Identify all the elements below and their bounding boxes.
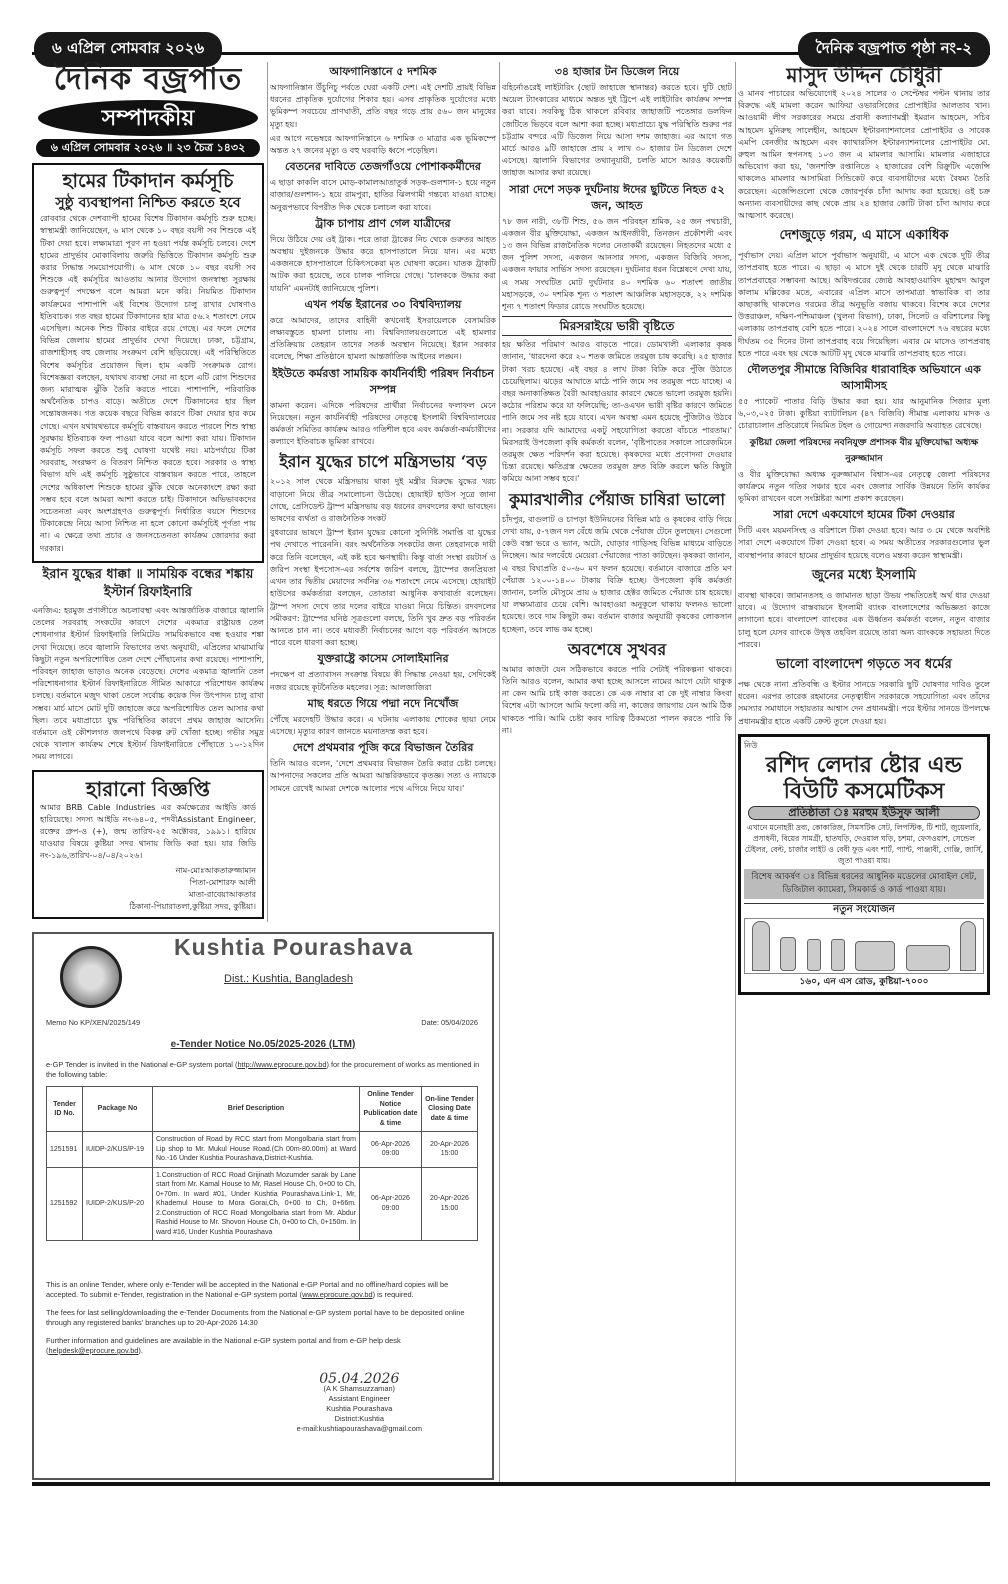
zila-parishad-headline: কুষ্টিয়া জেলা পরিষদের নবনিযুক্ত প্রশাসক… (738, 435, 990, 467)
lost-notice-signature: নাম-মোঃআকতারুজ্জামান পিতা-মোশারফ আলী মাত… (40, 865, 256, 914)
mobile-phone-icon (831, 939, 845, 971)
section-title: সম্পাদকীয় (38, 100, 258, 136)
eprocure-link[interactable]: www.eprocure.gov.bd (302, 1290, 373, 1299)
editorial-body: রোববার থেকে দেশব্যাপী হামের বিশেষ টিকাদা… (40, 213, 256, 555)
signer-name: (A K Shamsuzzaman) (297, 1384, 422, 1394)
measles-headline: সারা দেশে একযোগে হামের টিকা দেওয়ার (738, 507, 990, 523)
padma-headline: মাছ ধরতে গিয়ে পদ্মা নদে নিখোঁজ (270, 696, 496, 712)
election-body: কামনা করেন। এদিকে পরিষদের প্রার্থীরা নির… (270, 400, 496, 449)
afghan-headline: আফগানিস্তানে ৫ দশমিক (270, 64, 496, 80)
signer-district: District:Kushtia (297, 1414, 422, 1424)
publication-datetime: 06-Apr-202609:00 (360, 1132, 422, 1168)
table-row: 1251592 IUIDP-2/KUS/P-20 1.Construction … (47, 1167, 478, 1241)
closing-datetime: 20-Apr-202615:00 (422, 1167, 478, 1241)
masud-headline: মাসুদ উদ্দিন চৌধুরী (738, 62, 990, 88)
ad-founder: প্রতিষ্ঠাতা ঃ মরহুম ইউসুফ আলী (748, 806, 980, 820)
garment-headline: বেতনের দাবিতে তেজগাঁওয়ে পোশাককর্মীদের (270, 159, 496, 175)
person-figure-icon (752, 921, 770, 971)
lost-notice: হারানো বিজ্ঞপ্তি আমার BRB Cable Industri… (32, 770, 264, 920)
mirsharai-body: হয় ক্ষতির পরিমাণ আরও বাড়তে পারে। ডোমখা… (502, 339, 732, 485)
ad-shop-name-2: বিউটি কসমেটিকস (744, 778, 984, 804)
cabinet-body-2: বুধবারের ভাষণে ট্রাম্প ইরান যুদ্ধের কোনো… (270, 527, 496, 649)
editorial-title: হামের টিকাদান কর্মসূচি (40, 169, 256, 193)
masthead-title: দৈনিক বজ্রপাত (32, 62, 264, 98)
truck-body: দিয়ে উঠিয়ে দেয় ওই ট্রাক। পরে তারা ট্র… (270, 234, 496, 295)
signer-org: Kushtia Pourashava (297, 1404, 422, 1414)
signature-mother: মাতা-রাবেয়াআকতার (40, 889, 256, 901)
tender-id: 1251592 (47, 1167, 83, 1241)
masthead-date: ৬ এপ্রিল সোমবার ২০২৬ ॥ ২৩ চৈত্র ১৪৩২ (36, 139, 260, 157)
division-headline: দেশে প্রথমবার পূজি করে বিভাজন তৈরির (270, 740, 496, 756)
tender-notice-number: e-Tender Notice No.05/2025-2026 (LTM) (34, 1040, 492, 1050)
tender-id: 1251591 (47, 1132, 83, 1168)
signer-title: Assistant Engineer (297, 1394, 422, 1404)
good-news-headline: অবশেষে সুখবর (502, 639, 732, 661)
religion-body: পক্ষ থেকে নানা প্রতিবন্ধি ও ইস্টার সানডে… (738, 679, 990, 728)
afghan-body-2: এর আগে নভেম্বরে আফগানিস্তানে ৬ দশমিক ৩ ম… (270, 133, 496, 157)
pub-date: 06-Apr-2026 (363, 1194, 418, 1204)
diesel-body: বহির্নোঙরেই লাইটারিং (ছোট জাহাজে স্থানান… (502, 82, 732, 180)
truck-headline: ট্রাক চাপায় প্রাণ গেল যাত্রীদের (270, 216, 496, 232)
tender-district: Dist.: Kushtia, Bangladesh (224, 974, 353, 984)
padma-body: পৌঁছে মরদেহটি উদ্ধার করে। এ ঘটনায় এলাকা… (270, 714, 496, 738)
table-row: 1251591 IUIDP-2/KUS/P-19 Construction of… (47, 1132, 478, 1168)
col-closing: On-line Tender Closing Date date & time (422, 1087, 478, 1132)
description: 1.Construction of RCC Road Grijinath Moz… (153, 1167, 360, 1241)
masud-body: ও মানব পাচারের অভিযোগেই ২০২৪ সালের ৩ সেপ… (738, 88, 990, 222)
ad-items: এখানে মনোহরী দ্রব্য, কোকারিজ, সিমসটিক সে… (744, 822, 984, 866)
table-header-row: Tender ID No. Package No Brief Descripti… (47, 1087, 478, 1132)
footer-fees: The fees for last selling/downloading th… (46, 1308, 480, 1328)
footer-rule (32, 1482, 990, 1486)
ad-shop-name-1: রশিদ লেদার ষ্টোর এন্ড (744, 752, 984, 778)
ad-product-images (744, 918, 984, 974)
close-time: 15:00 (425, 1149, 474, 1159)
pub-time: 09:00 (363, 1149, 418, 1159)
column-divider (735, 62, 736, 1482)
footer-online-tender: This is an online Tender, where only e-T… (46, 1280, 480, 1300)
division-body: তিনি আরও বলেন, 'দেশে প্রথমবার বিভাজন তৈর… (270, 758, 496, 795)
pub-date: 06-Apr-2026 (363, 1140, 418, 1150)
cabinet-body: ২০১২ সাল থেকে মন্ত্রিসভায় থাকা দুই মন্ত… (270, 476, 496, 525)
refinery-headline: ইরান যুদ্ধের ধাক্কা ॥ সাময়িক বন্ধের শঙ্… (32, 566, 264, 602)
tender-org-name: Kushtia Pourashava (174, 942, 413, 952)
signer-email: e-mail:kushtiapourashava@gmail.com (297, 1424, 422, 1434)
col-package: Package No (83, 1087, 153, 1132)
pourashava-logo-icon (60, 946, 122, 1008)
mobile-phone-icon (807, 939, 821, 971)
accident-body: ৭৮ জন নারী, ৩৮টি শিশু, ৫৬ জন পরিবহন শ্রম… (502, 216, 732, 314)
onion-body: চাঁদপুর, বাগুলাট ও চাপড়া ইউনিয়নের বিভি… (502, 514, 732, 636)
publication-datetime: 06-Apr-202609:00 (360, 1167, 422, 1241)
editorial-box: হামের টিকাদান কর্মসূচি সুষ্ঠু ব্যবস্থাপন… (32, 163, 264, 563)
mirsharai-headline: মিরসরাইয়ে ভারী বৃষ্টিতে (502, 316, 732, 336)
close-date: 20-Apr-2026 (425, 1194, 474, 1204)
column-4: মাসুদ উদ্দিন চৌধুরী ও মানব পাচারের অভিযো… (738, 62, 990, 1482)
bgb-headline: দৌলতপুর সীমান্তে বিজিবির ধারাবাহিক অভিযা… (738, 362, 990, 394)
newspaper-page: ৬ এপ্রিল সোমবার ২০২৬ দৈনিক বজ্রপাত পৃষ্ঠ… (32, 32, 990, 1542)
tender-table: Tender ID No. Package No Brief Descripti… (46, 1086, 478, 1241)
col-tender-id: Tender ID No. (47, 1087, 83, 1132)
ad-new-addition: নতুন সংযোজন (744, 903, 984, 916)
tender-footer: This is an online Tender, where only e-T… (46, 1280, 480, 1364)
signature-name: নাম-মোঃআকতারুজ্জামান (40, 865, 256, 877)
lost-notice-title: হারানো বিজ্ঞপ্তি (40, 776, 256, 802)
tender-intro: e-GP Tender is invited in the National e… (46, 1060, 480, 1080)
footer-helpdesk: Further information and guidelines are a… (46, 1336, 480, 1356)
refinery-body: এনজিএ: হরমুজ প্রণালীতে অচলাবস্থা এবং আন্… (32, 605, 264, 764)
intro-text: e-GP Tender is invited in the National e… (46, 1060, 237, 1069)
signature-scribble: 05.04.2026 (297, 1374, 422, 1384)
afghan-body: আফগানিস্তান উঁচুনিচু পর্বতে ঘেরা একটি দে… (270, 82, 496, 131)
ad-address: ১৬০, এন এস রোড, কুষ্টিয়া-৭০০০ (744, 976, 984, 988)
accident-headline: সারা দেশে সড়ক দুর্ঘটনায় ঈদের ছুটিতে নি… (502, 182, 732, 214)
ad-new-badge: নিউ (744, 740, 984, 752)
garment-body: এ ছাড়া কাকলি বাসে মোড়-কামালআতাতুর্ক সড… (270, 177, 496, 214)
eprocure-link[interactable]: http://www.eprocure.gov.bd (237, 1060, 326, 1069)
soleimani-body: পদক্ষেপ বা প্রত্যাবাসন সংক্রান্ত বিষয়ে … (270, 669, 496, 693)
iran-university-body: করে আমাদের, তাদের বাহিনী কখনোই ইসরায়েলক… (270, 315, 496, 364)
close-time: 15:00 (425, 1204, 474, 1214)
diesel-headline: ৩৪ হাজার টন ডিজেল নিয়ে (502, 64, 732, 80)
mobile-phone-icon (780, 937, 796, 971)
column-2: আফগানিস্তানে ৫ দশমিক আফগানিস্তান উঁচুনিচ… (270, 62, 496, 922)
close-date: 20-Apr-2026 (425, 1140, 474, 1150)
tender-signature: 05.04.2026 (A K Shamsuzzaman) Assistant … (297, 1374, 422, 1434)
person-figure-icon (960, 921, 976, 971)
onion-headline: কুমারখালীর পেঁয়াজ চাষিরা ভালো (502, 489, 732, 511)
iran-university-headline: এখন পর্যন্ত ইরানের ৩০ বিশ্ববিদ্যালয় (270, 297, 496, 313)
zila-parishad-body: ও বীর মুক্তিযোদ্ধা অধ্যক্ষ নুরুজ্জামান ব… (738, 469, 990, 506)
tender-date: Date: 05/04/2026 (421, 1018, 478, 1028)
measles-body: সিটি এবং ময়মনসিংহ ও বরিশালে টিকা দেওয়া… (738, 525, 990, 562)
rashid-leather-ad: নিউ রশিদ লেদার ষ্টোর এন্ড বিউটি কসমেটিকস… (738, 734, 990, 995)
signature-address: ঠিকানা-পিয়ারাতলা,কুষ্টিয়া সদর, কুষ্টিয… (40, 901, 256, 913)
helpdesk-email-link[interactable]: helpdesk@eprocure.gov.bd (48, 1346, 138, 1355)
religion-headline: ভালো বাংলাদেশ গড়তে সব ধর্মের (738, 654, 990, 676)
heat-headline: দেশজুড়ে গরম, এ মাসে একাধিক (738, 225, 990, 247)
signature-father: পিতা-মোশারফ আলী (40, 877, 256, 889)
col-publication: Online Tender Notice Publication date & … (360, 1087, 422, 1132)
heat-body: পূর্বাভাস দেয়। এপ্রিল মাসে পূর্বাভাস অন… (738, 250, 990, 360)
tender-memo: Memo No KP/XEN/2025/149 (46, 1018, 140, 1028)
column-3: ৩৪ হাজার টন ডিজেল নিয়ে বহির্নোঙরেই লাইট… (502, 62, 732, 1482)
package-no: IUIDP-2/KUS/P-19 (83, 1132, 153, 1168)
editorial-subtitle: সুষ্ঠু ব্যবস্থাপনা নিশ্চিত করতে হবে (40, 193, 256, 213)
footer-text: ). (138, 1346, 143, 1355)
closing-datetime: 20-Apr-202615:00 (422, 1132, 478, 1168)
election-headline: ইইউতে কর্মরত্তা সাময়িক কার্যনির্বাহী পর… (270, 366, 496, 398)
good-news-body: আমার কাজটা যেন সঠিকভাবে করতে পারি সেটাই … (502, 664, 732, 737)
top-header: ৬ এপ্রিল সোমবার ২০২৬ দৈনিক বজ্রপাত পৃষ্ঠ… (32, 32, 990, 62)
footer-text: ) is required. (373, 1290, 414, 1299)
package-no: IUIDP-2/KUS/P-20 (83, 1167, 153, 1241)
column-1: দৈনিক বজ্রপাত সম্পাদকীয় ৬ এপ্রিল সোমবার… (32, 62, 264, 922)
bgb-body: ৫৫ প্যাকেট পাতার বিড়ি উদ্ধার করা হয়। য… (738, 396, 990, 433)
ad-special-attraction: বিশেষ আকর্ষণ ঃ বিভিন্ন ধরনের আধুনিক মডেল… (744, 869, 984, 899)
soleimani-headline: যুক্তরাষ্ট্রে কাসেম সোলাইমানির (270, 651, 496, 667)
islamic-headline: জুনের মধ্যে ইসলামি (738, 565, 990, 587)
lost-notice-body: আমার BRB Cable Industries এর কর্মক্ষেত্র… (40, 802, 256, 863)
islamic-body: ব্যবস্থা থাকবে। জামানতসহ ও জামানত ছাড়া … (738, 590, 990, 651)
col-description: Brief Description (153, 1087, 360, 1132)
pub-time: 09:00 (363, 1204, 418, 1214)
description: Construction of Road by RCC start from M… (153, 1132, 360, 1168)
column-divider (499, 62, 500, 1482)
tender-notice: Kushtia Pourashava Dist.: Kushtia, Bangl… (32, 932, 494, 1480)
cabinet-headline: ইরান যুদ্ধের চাপে মন্ত্রিসভায় ‘বড় (270, 451, 496, 473)
camera-icon (855, 941, 895, 971)
camera-icon (906, 945, 950, 971)
column-divider (267, 62, 268, 922)
